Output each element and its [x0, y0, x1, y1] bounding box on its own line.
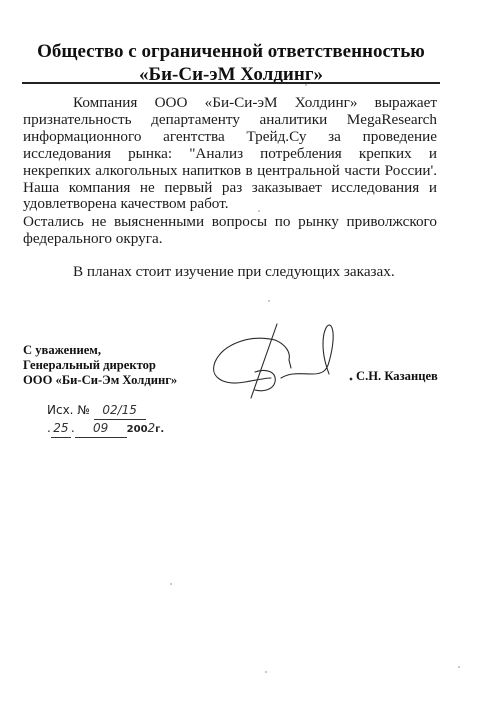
outgoing-label: Исх. №	[47, 403, 90, 417]
paragraph-gratitude: Компания ООО «Би-Си-эМ Холдинг» выражает…	[23, 95, 437, 213]
scan-speck	[458, 666, 460, 668]
outgoing-year-prefix: 200	[127, 424, 148, 435]
heading-line-1: Общество с ограниченной ответственностью	[22, 40, 440, 63]
heading-rule	[22, 82, 440, 84]
letter-heading: Общество с ограниченной ответственностью…	[22, 40, 440, 86]
paragraph-plans: В планах стоит изучение при следующих за…	[23, 264, 437, 281]
outgoing-year-suffix: г.	[155, 424, 164, 435]
paragraph-open-questions: Остались не выясненными вопросы по рынку…	[23, 214, 437, 248]
outgoing-date-row: .25.092002г.	[47, 420, 164, 438]
scan-speck	[305, 84, 307, 86]
scan-speck	[170, 583, 172, 585]
signature-block-left: С уважением, Генеральный директор ООО «Б…	[23, 343, 177, 388]
signatory-name: С.Н. Казанцев	[356, 369, 438, 384]
scan-speck	[268, 300, 270, 302]
outgoing-number-block: Исх. № 02/15 .25.092002г.	[47, 402, 164, 438]
scan-speck	[265, 671, 267, 673]
closing-text: С уважением,	[23, 343, 177, 358]
handwritten-signature-icon	[205, 322, 355, 402]
scan-speck	[258, 210, 260, 212]
outgoing-number: 02/15	[94, 402, 146, 420]
company-text: ООО «Би-Си-Эм Холдинг»	[23, 373, 177, 388]
outgoing-number-row: Исх. № 02/15	[47, 402, 164, 420]
outgoing-day: 25	[51, 420, 71, 438]
outgoing-month: 09	[75, 420, 127, 438]
position-text: Генеральный директор	[23, 358, 177, 373]
